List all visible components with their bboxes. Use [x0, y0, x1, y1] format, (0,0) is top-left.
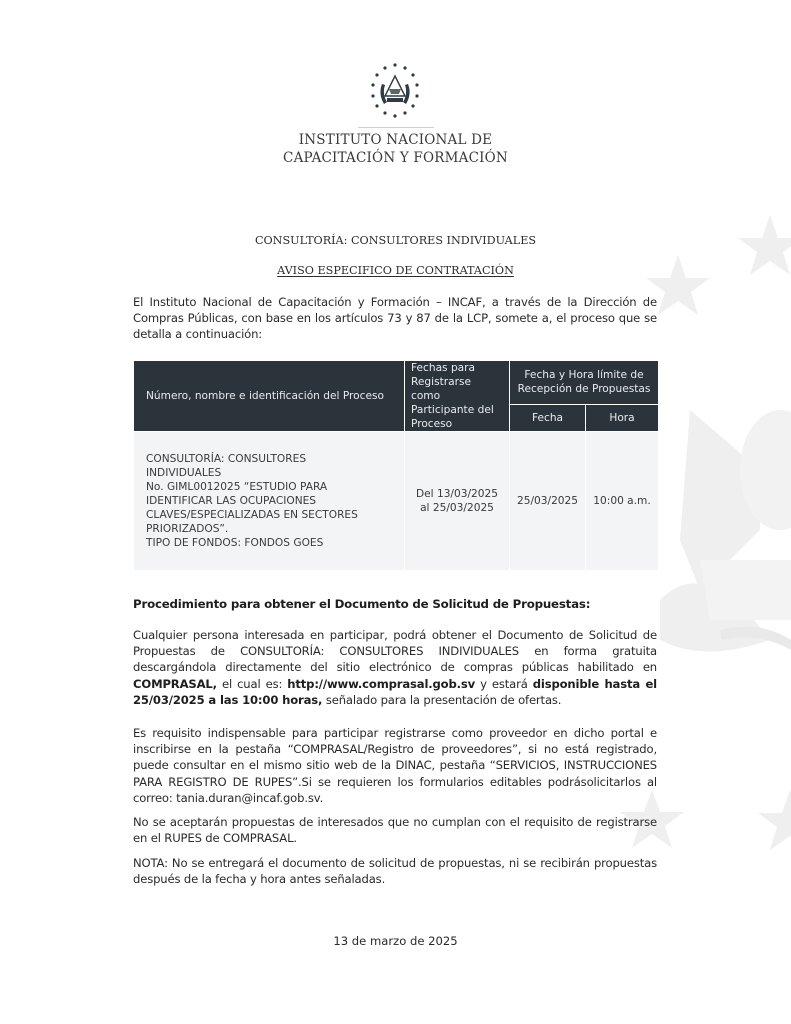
document-subtitle: AVISO ESPECIFICO DE CONTRATACIÓN	[0, 264, 791, 277]
registration-start: Del 13/03/2025	[406, 487, 508, 501]
header-date: Fecha	[510, 404, 586, 431]
process-line: INDIVIDUALES	[146, 466, 394, 480]
deadline-time: 10:00 a.m.	[586, 432, 659, 571]
procedure-heading: Procedimiento para obtener el Documento …	[133, 597, 590, 611]
header-deadline: Fecha y Hora límite de Recepción de Prop…	[510, 361, 659, 405]
document-subtitle-text: AVISO ESPECIFICO DE CONTRATACIÓN	[277, 264, 514, 277]
p1-comprasal: COMPRASAL,	[133, 677, 217, 691]
institution-name-line2: CAPACITACIÓN Y FORMACIÓN	[0, 150, 791, 166]
intro-paragraph: El Instituto Nacional de Capacitación y …	[133, 294, 657, 343]
p1-text-2: el cual es:	[217, 677, 287, 691]
registration-end: al 25/03/2025	[406, 501, 508, 515]
procedure-paragraph-3: No se aceptarán propuestas de interesado…	[133, 814, 657, 846]
procedure-paragraph-2: Es requisito indispensable para particip…	[133, 725, 657, 806]
note-paragraph: NOTA: No se entregará el documento de so…	[133, 855, 657, 887]
document-date: 13 de marzo de 2025	[0, 934, 791, 948]
procedure-paragraph-1: Cualquier persona interesada en particip…	[133, 627, 657, 708]
contact-email-link[interactable]: tania.duran@incaf.gob.sv	[176, 791, 319, 805]
process-line: CONSULTORÍA: CONSULTORES	[146, 452, 394, 466]
p2-end: .	[320, 791, 324, 805]
document-page: INSTITUTO NACIONAL DE CAPACITACIÓN Y FOR…	[0, 0, 791, 1024]
process-line: PRIORIZADOS”.	[146, 522, 394, 536]
coat-of-arms-el-salvador-icon	[365, 62, 425, 124]
registration-dates: Del 13/03/2025 al 25/03/2025	[405, 432, 510, 571]
header-process: Número, nombre e identificación del Proc…	[134, 361, 405, 432]
comprasal-link[interactable]: http://www.comprasal.gob.sv	[287, 677, 475, 691]
document-title: CONSULTORÍA: CONSULTORES INDIVIDUALES	[0, 234, 791, 247]
deadline-date: 25/03/2025	[510, 432, 586, 571]
process-table: Número, nombre e identificación del Proc…	[133, 360, 659, 570]
p1-text-1: Cualquier persona interesada en particip…	[133, 628, 657, 674]
p1-text-3: y estará	[475, 677, 533, 691]
process-line: IDENTIFICAR LAS OCUPACIONES	[146, 494, 394, 508]
process-line: No. GIML0012025 “ESTUDIO PARA	[146, 480, 394, 494]
header-time: Hora	[586, 404, 659, 431]
institution-name-line1: INSTITUTO NACIONAL DE	[0, 132, 791, 148]
p1-text-4: señalado para la presentación de ofertas…	[322, 693, 561, 707]
process-line: TIPO DE FONDOS: FONDOS GOES	[146, 536, 394, 550]
process-line: CLAVES/ESPECIALIZADAS EN SECTORES	[146, 508, 394, 522]
process-description: CONSULTORÍA: CONSULTORES INDIVIDUALES No…	[134, 432, 405, 571]
logo-divider	[358, 127, 434, 128]
table-row: CONSULTORÍA: CONSULTORES INDIVIDUALES No…	[134, 432, 659, 571]
header-registration-dates: Fechas para Registrarse como Participant…	[405, 361, 510, 432]
